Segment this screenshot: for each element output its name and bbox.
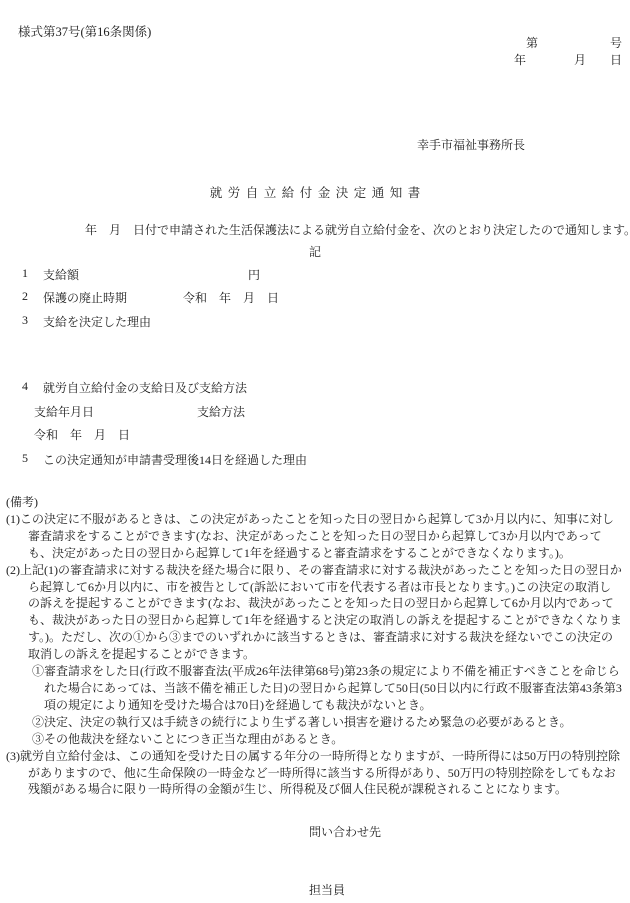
issue-date-line: 年 月 日 [514, 52, 622, 69]
item-row-delay-reason: 5 この決定通知が申請書受理後14日を経過した理由 [0, 451, 630, 467]
item-row-payment-date-value: 令和 年 月 日 [0, 426, 630, 442]
item-5-label: この決定通知が申請書受理後14日を経過した理由 [43, 451, 307, 468]
remark-1: (1)この決定に不服があるときは、この決定があったことを知った日の翌日から起算し… [6, 511, 622, 562]
item-row-decision-reason: 3 支給を決定した理由 [0, 313, 630, 329]
item-1-number: 1 [22, 266, 28, 281]
item-row-abolition-date: 2 保護の廃止時期 令和 年 月 日 [0, 289, 630, 305]
record-marker: 記 [0, 244, 630, 260]
doc-number-line: 第 号 [514, 35, 622, 52]
remark-2: (2)上記(1)の審査請求に対する裁決を経た場合に限り、その審査請求に対する裁決… [6, 562, 622, 663]
document-title: 就労自立給付金決定通知書 [0, 185, 630, 202]
item-1-unit-yen: 円 [248, 266, 260, 283]
remark-3: (3)就労自立給付金は、この通知を受けた日の属する年分の一時所得となりますが、一… [6, 748, 622, 799]
item-4-label: 就労自立給付金の支給日及び支給方法 [43, 379, 247, 396]
item-4-number: 4 [22, 379, 28, 394]
remarks-heading: (備考) [6, 494, 622, 511]
item-3-label: 支給を決定した理由 [43, 313, 151, 330]
remark-2-sub-1: ①審査請求をした日(行政不服審査法(平成26年法律第68号)第23条の規定により… [6, 663, 622, 714]
item-row-payment-date-labels: 支給年月日 支給方法 [0, 403, 630, 419]
remark-2-sub-2: ②決定、決定の執行又は手続きの続行により生ずる著しい損害を避けるため緊急の必要が… [6, 714, 622, 731]
office-head-name: 幸手市福祉事務所長 [417, 137, 525, 153]
remarks-section: (備考) (1)この決定に不服があるときは、この決定があったことを知った日の翌日… [6, 494, 622, 798]
contact-heading: 問い合わせ先 [309, 824, 381, 840]
form-number: 様式第37号(第16条関係) [18, 24, 151, 41]
intro-sentence: 年 月 日付で申請された生活保護法による就労自立給付金を、次のとおり決定したので… [85, 222, 630, 238]
payment-date-label: 支給年月日 [34, 403, 94, 420]
item-row-payment-method: 4 就労自立給付金の支給日及び支給方法 [0, 379, 630, 395]
item-5-number: 5 [22, 451, 28, 466]
document-page: 様式第37号(第16条関係) 第 号 年 月 日 幸手市福祉事務所長 就労自立給… [0, 0, 630, 903]
remark-2-sub-3: ③その他裁決を経ないことにつき正当な理由があるとき。 [6, 731, 622, 748]
item-2-label: 保護の廃止時期 [43, 289, 127, 306]
item-row-payment-amount: 1 支給額 円 [0, 266, 630, 282]
item-2-date-value: 令和 年 月 日 [183, 289, 279, 306]
item-3-number: 3 [22, 313, 28, 328]
staff-label: 担当員 [309, 882, 345, 898]
doc-number-block: 第 号 年 月 日 [514, 35, 622, 69]
item-2-number: 2 [22, 289, 28, 304]
payment-date-value: 令和 年 月 日 [34, 426, 130, 443]
payment-method-label: 支給方法 [197, 403, 245, 420]
item-1-label: 支給額 [43, 266, 79, 283]
